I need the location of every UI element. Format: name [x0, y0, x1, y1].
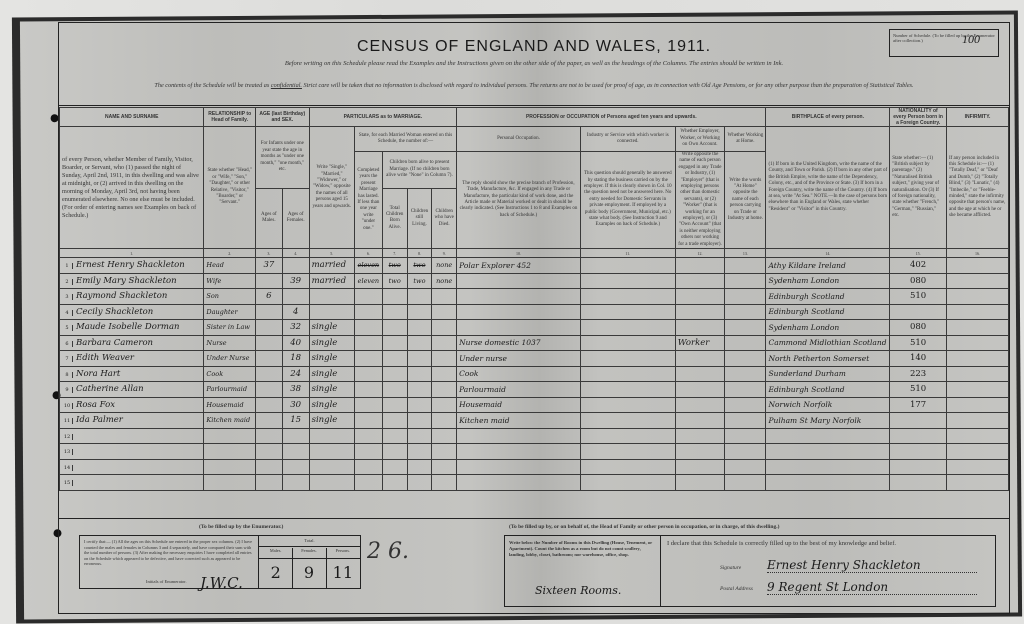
cell-employer [675, 320, 725, 336]
header-age: AGE (last Birthday) and SEX. [255, 108, 309, 127]
cell-children-born [382, 351, 407, 367]
cell-name: 10Rosa Fox [60, 397, 204, 413]
cell-name: 4Cecily Shackleton [60, 304, 204, 320]
cell-children-born [382, 289, 407, 305]
cell-children-living [407, 335, 432, 351]
cell-at-home [725, 258, 766, 274]
cell-age-female: 15 [282, 413, 309, 429]
cell-children-living [407, 397, 432, 413]
cell-at-home [725, 366, 766, 382]
cell-birthplace: Sydenham London [766, 320, 890, 336]
cell-industry [580, 335, 675, 351]
cell-age-female [282, 258, 309, 274]
cell-children-living [407, 475, 432, 491]
cell-age-female: 40 [282, 335, 309, 351]
cell-birthplace: Edinburgh Scotland [766, 304, 890, 320]
cell-relationship: Head [204, 258, 256, 274]
cell-employer: Worker [675, 335, 725, 351]
cell-children-born [382, 428, 407, 444]
schedule-number-box: Number of Schedule. (To be filled up by … [889, 29, 999, 57]
cell-industry [580, 475, 675, 491]
cell-name: 7Edith Weaver [60, 351, 204, 367]
cell-at-home [725, 444, 766, 460]
cell-children-living: two [407, 258, 432, 274]
cell-industry [580, 304, 675, 320]
cell-years-married [354, 397, 382, 413]
cell-children-living [407, 459, 432, 475]
cell-years-married [354, 444, 382, 460]
cell-employer [675, 428, 725, 444]
cell-name: 13 [60, 444, 204, 460]
cell-occupation [457, 289, 581, 305]
cell-relationship: Nurse [204, 335, 256, 351]
cell-children-born [382, 320, 407, 336]
cell-children-living [407, 413, 432, 429]
cell-age-male [255, 320, 282, 336]
row-number: 4 [62, 310, 73, 316]
cell-children-died [432, 366, 457, 382]
table-row: 6Barbara CameronNurse40singleNurse domes… [60, 335, 1009, 351]
cell-nationality: 510 [890, 382, 947, 398]
header-industry: Industry or Service with which worker is… [580, 127, 675, 152]
divider [59, 105, 1009, 106]
cell-years-married [354, 320, 382, 336]
cell-age-male [255, 444, 282, 460]
row-number: 5 [62, 325, 73, 331]
cell-children-died [432, 335, 457, 351]
cell-infirmity [946, 366, 1008, 382]
row-number: 9 [62, 387, 73, 393]
table-row: 4Cecily ShackletonDaughter4Edinburgh Sco… [60, 304, 1009, 320]
row-number: 6 [62, 341, 73, 347]
cell-children-born: two [382, 258, 407, 274]
cell-employer [675, 459, 725, 475]
table-row: 9Catherine AllanParlourmaid38singleParlo… [60, 382, 1009, 398]
cell-children-died [432, 475, 457, 491]
cell-nationality: 080 [890, 320, 947, 336]
declaration-box: Write below the Number of Rooms in this … [504, 535, 996, 607]
cell-infirmity [946, 413, 1008, 429]
cell-infirmity [946, 258, 1008, 274]
cell-children-living [407, 428, 432, 444]
table-row: 14 [60, 459, 1009, 475]
cell-infirmity [946, 397, 1008, 413]
cell-children-born [382, 304, 407, 320]
cell-birthplace: Sydenham London [766, 273, 890, 289]
cell-name: 5Maude Isobelle Dorman [60, 320, 204, 336]
cell-name: 9Catherine Allan [60, 382, 204, 398]
cell-condition [309, 459, 354, 475]
cell-industry [580, 397, 675, 413]
header-died: Children who have Died. [432, 188, 457, 248]
cell-relationship: Housemaid [204, 397, 256, 413]
cell-infirmity [946, 444, 1008, 460]
cell-age-male [255, 428, 282, 444]
cell-children-died: none [432, 258, 457, 274]
enumerator-initials: J.W.C. [200, 574, 243, 592]
instruction-nationality: State whether:— (1) "British subject by … [890, 127, 947, 249]
cell-age-male [255, 351, 282, 367]
instruction-relationship: State whether "Head," or "Wife," "Son," … [204, 127, 256, 249]
header-married-woman: State, for each Married Woman entered on… [354, 127, 456, 152]
cell-relationship [204, 444, 256, 460]
cell-occupation: Cook [457, 366, 581, 382]
cell-children-born [382, 475, 407, 491]
cell-relationship [204, 475, 256, 491]
cell-at-home [725, 335, 766, 351]
cell-years-married [354, 335, 382, 351]
cell-occupation: Kitchen maid [457, 413, 581, 429]
cell-at-home [725, 475, 766, 491]
cell-children-born [382, 382, 407, 398]
cell-name: 2Emily Mary Shackleton [60, 273, 204, 289]
cell-occupation: Polar Explorer 452 [457, 258, 581, 274]
rooms-instruction: Write below the Number of Rooms in this … [509, 540, 654, 558]
row-number: 7 [62, 356, 73, 362]
cell-infirmity [946, 335, 1008, 351]
row-number: 14 [62, 465, 73, 471]
cell-children-born [382, 444, 407, 460]
cell-occupation [457, 459, 581, 475]
cell-nationality [890, 444, 947, 460]
cell-occupation: Nurse domestic 1037 [457, 335, 581, 351]
table-row: 8Nora HartCook24singleCookSunderland Dur… [60, 366, 1009, 382]
cell-name: 15 [60, 475, 204, 491]
cell-at-home [725, 413, 766, 429]
cell-children-born [382, 413, 407, 429]
cell-at-home [725, 351, 766, 367]
cell-infirmity [946, 428, 1008, 444]
cell-employer [675, 258, 725, 274]
cell-children-died [432, 444, 457, 460]
cell-children-living [407, 351, 432, 367]
cell-occupation [457, 273, 581, 289]
cell-name: 6Barbara Cameron [60, 335, 204, 351]
cell-industry [580, 413, 675, 429]
total-label: Total. [259, 538, 360, 547]
census-form: CENSUS OF ENGLAND AND WALES, 1911. Befor… [58, 22, 1010, 614]
cell-nationality [890, 428, 947, 444]
cell-infirmity [946, 320, 1008, 336]
cell-industry [580, 459, 675, 475]
cell-relationship: Wife [204, 273, 256, 289]
instruction-name: of every Person, whether Member of Famil… [60, 127, 204, 249]
cell-industry [580, 273, 675, 289]
table-row: 11Ida PalmerKitchen maid15singleKitchen … [60, 413, 1009, 429]
cell-children-died [432, 459, 457, 475]
cell-name: 14 [60, 459, 204, 475]
instruction-birthplace: (1) If born in the United Kingdom, write… [766, 127, 890, 249]
cell-years-married [354, 428, 382, 444]
cell-condition [309, 444, 354, 460]
cell-condition [309, 304, 354, 320]
census-table: NAME AND SURNAME RELATIONSHIP to Head of… [59, 107, 1009, 491]
cell-children-living [407, 382, 432, 398]
cell-birthplace [766, 428, 890, 444]
cell-name: 8Nora Hart [60, 366, 204, 382]
cell-birthplace [766, 475, 890, 491]
cell-age-female [282, 289, 309, 305]
cell-nationality [890, 459, 947, 475]
cell-children-living [407, 320, 432, 336]
enumerator-box: I certify that:— (1) All the ages on thi… [79, 535, 361, 589]
cell-age-female: 18 [282, 351, 309, 367]
cell-years-married [354, 351, 382, 367]
row-number: 11 [62, 418, 73, 424]
row-number: 2 [62, 279, 73, 285]
rooms-value: Sixteen Rooms. [535, 584, 621, 597]
cell-employer [675, 304, 725, 320]
header-ages-females: Ages of Females. [282, 188, 309, 248]
cell-children-died [432, 304, 457, 320]
row-number: 15 [62, 480, 73, 486]
cell-children-born [382, 335, 407, 351]
cell-children-died [432, 351, 457, 367]
cell-industry [580, 351, 675, 367]
cell-years-married [354, 289, 382, 305]
cell-children-born [382, 459, 407, 475]
cell-children-living: two [407, 273, 432, 289]
row-number: 3 [62, 294, 73, 300]
cell-years-married: eleven [354, 273, 382, 289]
table-row: 2Emily Mary ShackletonWife39marriedeleve… [60, 273, 1009, 289]
cell-age-female: 30 [282, 397, 309, 413]
instruction-infirmity: If any person included in this Schedule … [946, 127, 1008, 249]
cell-employer [675, 273, 725, 289]
cell-age-male [255, 382, 282, 398]
header-birthplace: BIRTHPLACE of every person. [766, 108, 890, 127]
row-number: 8 [62, 372, 73, 378]
cell-infirmity [946, 351, 1008, 367]
cell-nationality: 177 [890, 397, 947, 413]
males-label: Males. [259, 548, 292, 559]
cell-relationship [204, 428, 256, 444]
cell-nationality: 510 [890, 335, 947, 351]
header-relationship: RELATIONSHIP to Head of Family. [204, 108, 256, 127]
cell-children-died [432, 413, 457, 429]
cell-birthplace: Cammond Midlothian Scotland [766, 335, 890, 351]
cell-children-born: two [382, 273, 407, 289]
cell-children-died [432, 320, 457, 336]
table-row: 10Rosa FoxHousemaid30singleHousemaidNorw… [60, 397, 1009, 413]
cell-at-home [725, 289, 766, 305]
cell-birthplace: Pulham St Mary Norfolk [766, 413, 890, 429]
cell-age-female: 4 [282, 304, 309, 320]
cell-name: 11Ida Palmer [60, 413, 204, 429]
cell-nationality [890, 475, 947, 491]
table-row: 3Raymond ShackletonSon6Edinburgh Scotlan… [60, 289, 1009, 305]
cell-children-born [382, 397, 407, 413]
cell-age-male [255, 459, 282, 475]
instruction-line: Before writing on this Schedule please r… [59, 60, 1009, 67]
cell-age-male [255, 335, 282, 351]
cell-condition [309, 475, 354, 491]
cell-industry [580, 289, 675, 305]
header-personal-occupation: Personal Occupation. [457, 127, 581, 152]
cell-age-female: 38 [282, 382, 309, 398]
column-number-row: 1. 2. 3. 4. 5. 6. 7. 8. 9. 10. 11. 12. 1… [60, 249, 1009, 258]
table-row: 15 [60, 475, 1009, 491]
cell-occupation: Parlourmaid [457, 382, 581, 398]
cell-years-married [354, 413, 382, 429]
cell-employer [675, 289, 725, 305]
cell-children-died: none [432, 273, 457, 289]
cell-age-male [255, 273, 282, 289]
cell-at-home [725, 382, 766, 398]
cell-nationality [890, 413, 947, 429]
cell-age-male [255, 413, 282, 429]
cell-name: 12 [60, 428, 204, 444]
cell-birthplace [766, 444, 890, 460]
cell-nationality: 140 [890, 351, 947, 367]
persons-label: Persons. [326, 548, 360, 559]
schedule-number: 100 [962, 32, 980, 47]
address-label: Postal Address [720, 586, 753, 592]
cell-relationship: Parlourmaid [204, 382, 256, 398]
cell-industry [580, 444, 675, 460]
cell-infirmity [946, 475, 1008, 491]
cell-age-male [255, 366, 282, 382]
cell-age-male [255, 397, 282, 413]
row-number: 10 [62, 403, 73, 409]
cell-relationship: Under Nurse [204, 351, 256, 367]
cell-condition [309, 428, 354, 444]
cell-condition: single [309, 366, 354, 382]
instruction-industry: This question should generally be answer… [580, 152, 675, 249]
table-row: 7Edith WeaverUnder Nurse18singleUnder nu… [60, 351, 1009, 367]
cell-occupation [457, 320, 581, 336]
cell-age-male: 6 [255, 289, 282, 305]
cell-age-female: 39 [282, 273, 309, 289]
females-label: Females. [292, 548, 325, 559]
instruction-employer: Write opposite the name of each person e… [675, 152, 725, 249]
cell-at-home [725, 304, 766, 320]
instruction-age: For Infants under one year state the age… [255, 127, 309, 189]
cell-years-married [354, 304, 382, 320]
table-row: 1Ernest Henry ShackletonHead37marriedele… [60, 258, 1009, 274]
instruction-condition: Write "Single," "Married," "Widower," or… [309, 127, 354, 249]
cell-occupation [457, 428, 581, 444]
instruction-occupation: The reply should show the precise branch… [457, 152, 581, 249]
cell-nationality: 080 [890, 273, 947, 289]
cell-employer [675, 366, 725, 382]
total-males: 2 [259, 560, 292, 588]
cell-industry [580, 366, 675, 382]
header-profession: PROFESSION or OCCUPATION of Persons aged… [457, 108, 766, 127]
cell-children-living [407, 304, 432, 320]
row-number: 13 [62, 449, 73, 455]
cell-industry [580, 382, 675, 398]
cell-at-home [725, 459, 766, 475]
cell-birthplace: Norwich Norfolk [766, 397, 890, 413]
initials-label: Initials of Enumerator. [146, 579, 187, 584]
cell-condition: married [309, 258, 354, 274]
instruction-years-married: Completed years the present Marriage has… [354, 152, 382, 249]
cell-at-home [725, 320, 766, 336]
footer-section: (To be filled up by the Enumerator.) I c… [59, 518, 1009, 614]
cell-birthplace: Edinburgh Scotland [766, 289, 890, 305]
cell-children-died [432, 397, 457, 413]
cell-occupation: Under nurse [457, 351, 581, 367]
header-children-born: Children born alive to present Marriage.… [382, 152, 456, 189]
table-row: 12 [60, 428, 1009, 444]
signature-label: Signature [720, 565, 741, 571]
cell-condition: married [309, 273, 354, 289]
header-marriage: PARTICULARS as to MARRIAGE. [309, 108, 456, 127]
header-employer: Whether Employer, Worker, or Working on … [675, 127, 725, 152]
confidentiality-note: The contents of the Schedule will be tre… [69, 81, 999, 90]
cell-years-married [354, 382, 382, 398]
cell-at-home [725, 397, 766, 413]
postal-address: 9 Regent St London [767, 580, 977, 595]
cell-birthplace: North Petherton Somerset [766, 351, 890, 367]
signature: Ernest Henry Shackleton [767, 558, 977, 573]
total-females: 9 [292, 560, 325, 588]
row-number: 1 [62, 263, 73, 269]
header-living: Children still Living. [407, 188, 432, 248]
cell-age-female [282, 428, 309, 444]
declaration-text: I declare that this Schedule is correctl… [667, 540, 896, 547]
cell-nationality: 402 [890, 258, 947, 274]
header-total-born: Total Children Born Alive. [382, 188, 407, 248]
cell-at-home [725, 428, 766, 444]
cell-nationality: 510 [890, 289, 947, 305]
cell-age-male [255, 304, 282, 320]
cell-occupation: Housemaid [457, 397, 581, 413]
cell-employer [675, 351, 725, 367]
cell-nationality [890, 304, 947, 320]
cell-age-male: 37 [255, 258, 282, 274]
header-nationality: NATIONALITY of every Person born in a Fo… [890, 108, 947, 127]
cell-relationship: Son [204, 289, 256, 305]
margin-note: 2 6. [367, 539, 409, 564]
form-title: CENSUS OF ENGLAND AND WALES, 1911. [59, 38, 1009, 56]
cell-condition: single [309, 335, 354, 351]
cell-condition: single [309, 351, 354, 367]
cell-children-born [382, 366, 407, 382]
cell-name: 1Ernest Henry Shackleton [60, 258, 204, 274]
cell-children-died [432, 428, 457, 444]
cell-name: 3Raymond Shackleton [60, 289, 204, 305]
cell-age-female: 24 [282, 366, 309, 382]
table-row: 13 [60, 444, 1009, 460]
cell-relationship: Kitchen maid [204, 413, 256, 429]
header-ages-males: Ages of Males. [255, 188, 282, 248]
cell-age-female [282, 475, 309, 491]
cell-age-female: 32 [282, 320, 309, 336]
table-row: 5Maude Isobelle DormanSister in Law32sin… [60, 320, 1009, 336]
cell-employer [675, 475, 725, 491]
cell-employer [675, 444, 725, 460]
cell-birthplace: Edinburgh Scotland [766, 382, 890, 398]
instruction-at-home: Write the words "At Home" opposite the n… [725, 152, 766, 249]
cell-condition: single [309, 397, 354, 413]
cell-birthplace: Sunderland Durham [766, 366, 890, 382]
cell-infirmity [946, 382, 1008, 398]
cell-children-living [407, 289, 432, 305]
cell-at-home [725, 273, 766, 289]
header-name: NAME AND SURNAME [60, 108, 204, 127]
cell-years-married: eleven [354, 258, 382, 274]
cell-relationship: Daughter [204, 304, 256, 320]
totals-box: Total. Males. Females. Persons. 2 9 11 [258, 536, 360, 588]
cell-condition: single [309, 320, 354, 336]
head-section-title: (To be filled up by, or on behalf of, th… [509, 524, 779, 530]
enumerator-title: (To be filled up by the Enumerator.) [199, 524, 283, 530]
cell-industry [580, 428, 675, 444]
cell-employer [675, 397, 725, 413]
header-infirmity: INFIRMITY. [946, 108, 1008, 127]
